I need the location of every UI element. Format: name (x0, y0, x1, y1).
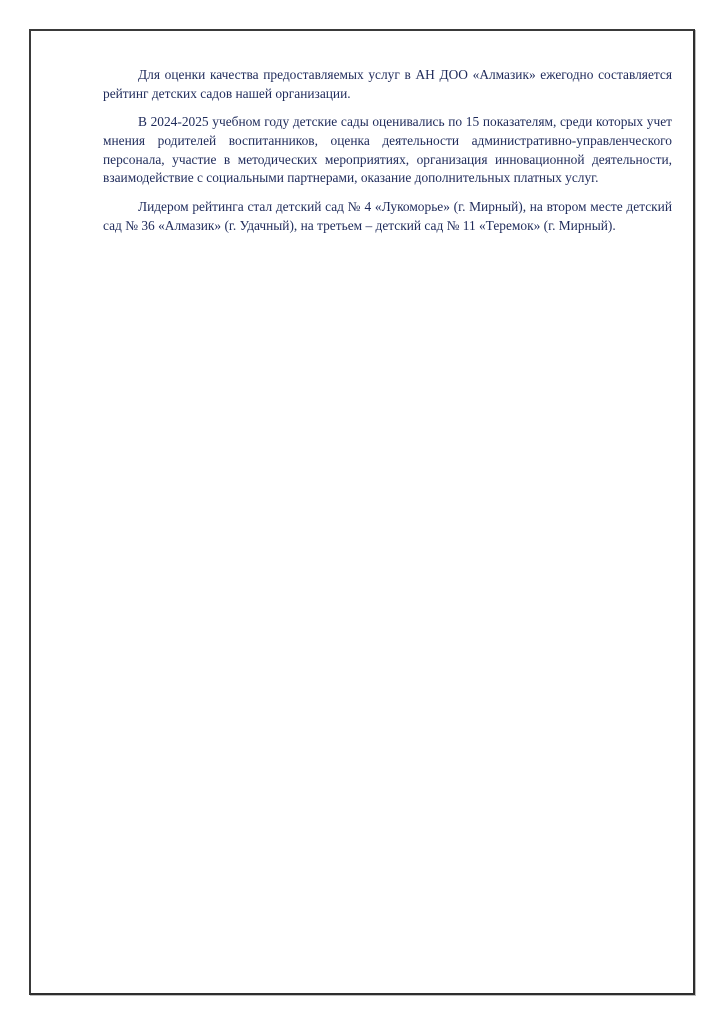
paragraph-intro: Для оценки качества предоставляемых услу… (103, 66, 672, 104)
paragraph-criteria: В 2024-2025 учебном году детские сады оц… (103, 113, 672, 188)
paragraph-results: Лидером рейтинга стал детский сад № 4 «Л… (103, 198, 672, 236)
document-body: Для оценки качества предоставляемых услу… (103, 66, 672, 245)
